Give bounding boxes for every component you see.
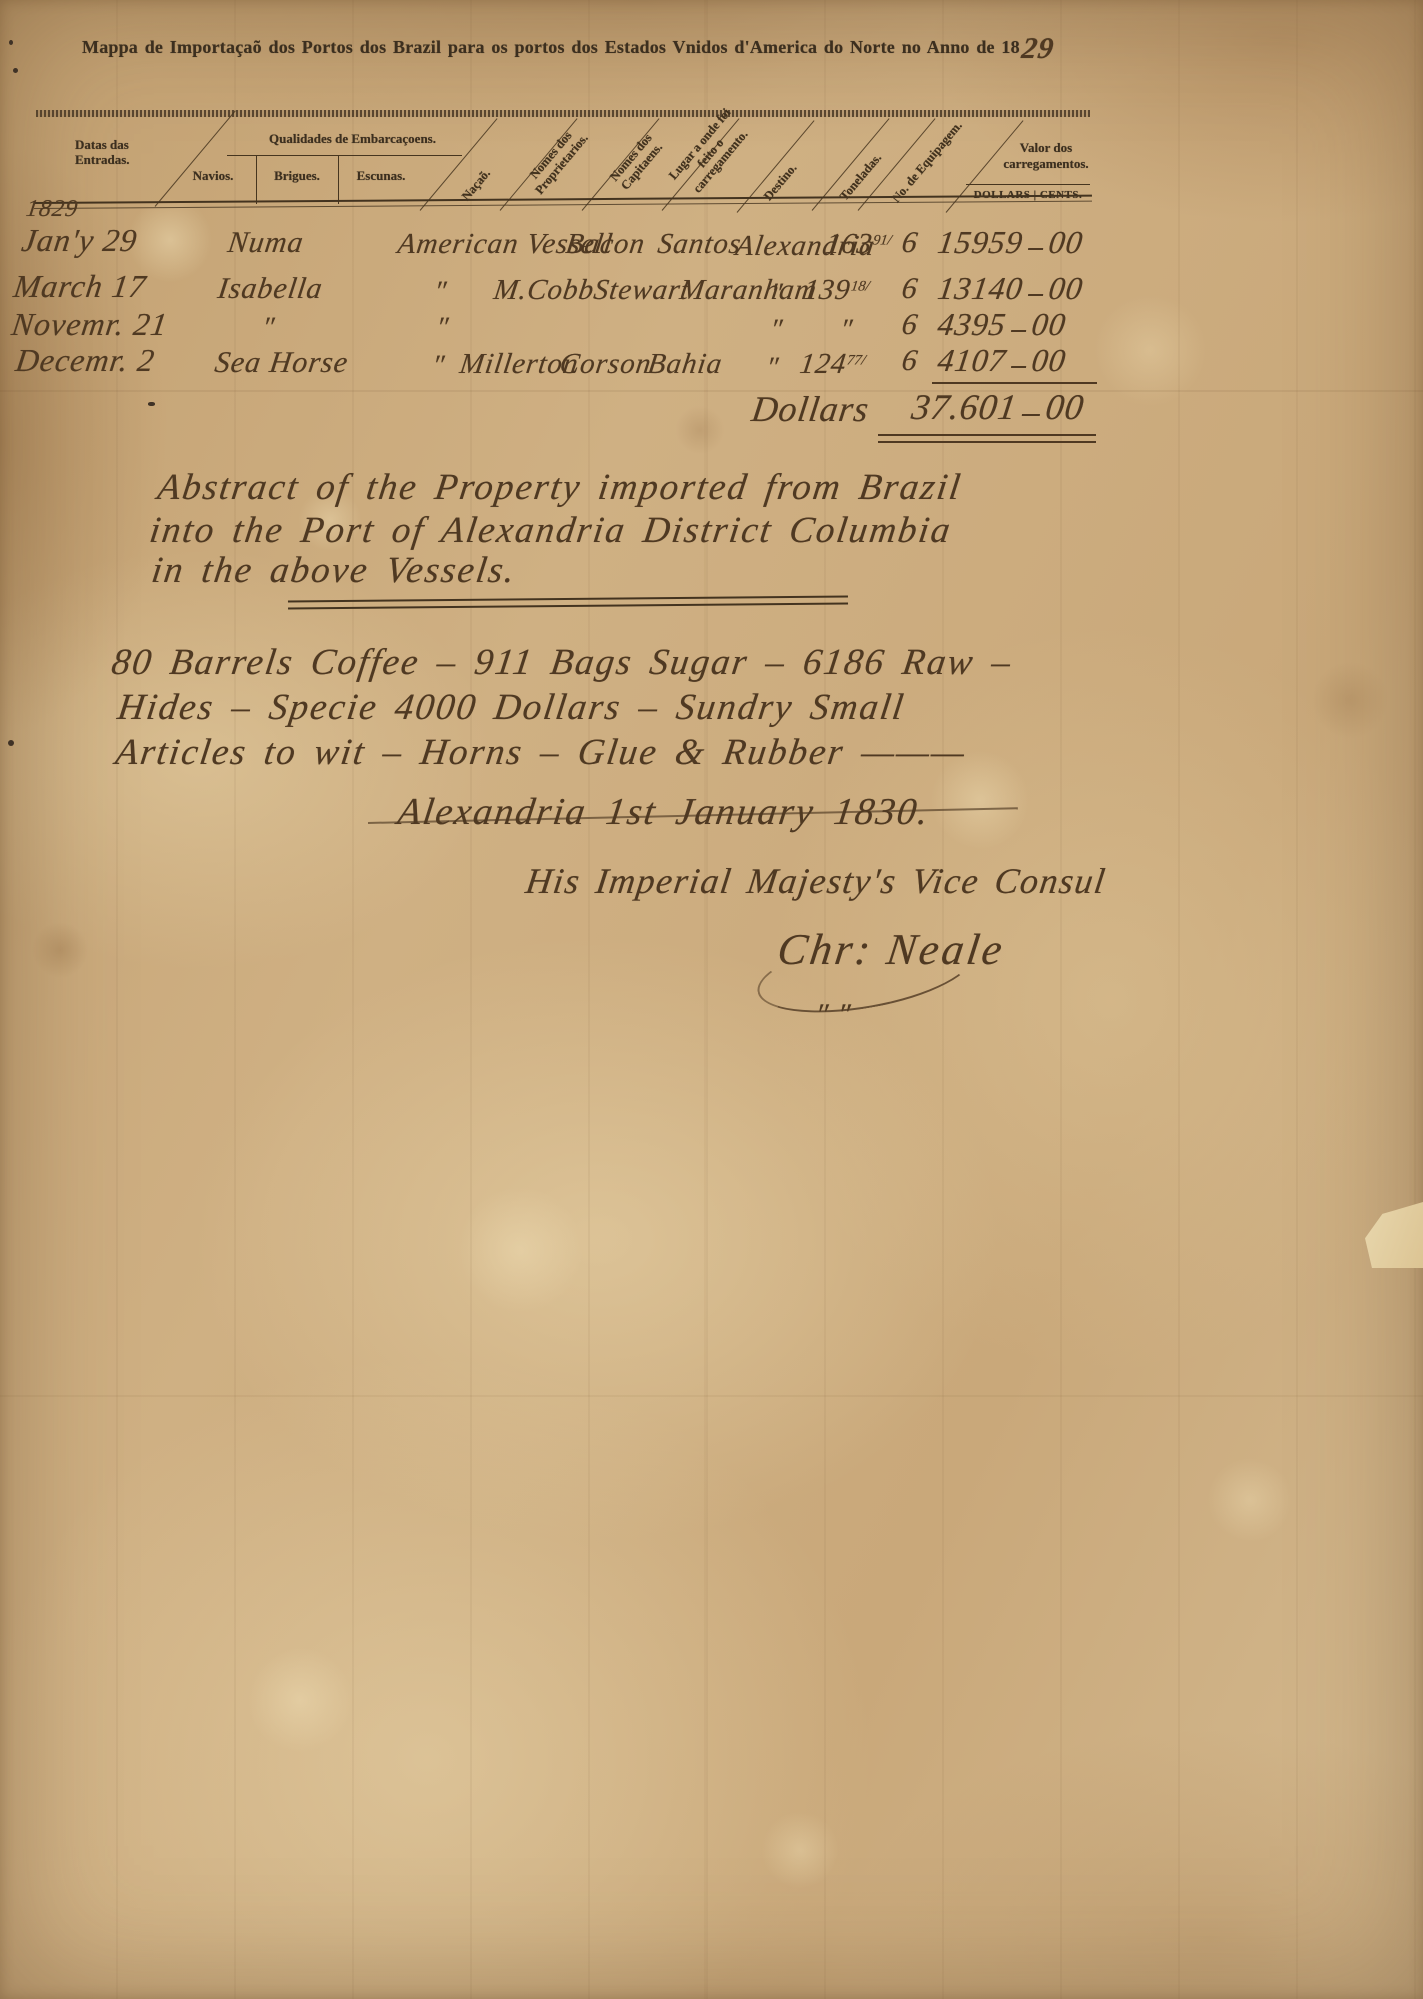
col-crew-label: No. de Equipagem.	[890, 119, 966, 205]
tons-fraction: 77/	[846, 352, 867, 368]
total-cents: 00	[1043, 387, 1087, 427]
value-dash	[1011, 362, 1027, 368]
value-cents: 00	[1047, 224, 1086, 260]
cell-crew: 6	[900, 226, 921, 260]
page-title: Mappa de Importaçaõ dos Portos dos Brazi…	[82, 27, 1052, 61]
year-note: 1829	[24, 196, 80, 223]
cell-date: March 17	[11, 268, 148, 305]
abstract-line: in the above Vessels.	[149, 549, 519, 592]
total-value: 37.60100	[909, 386, 1087, 428]
col-dates-label: Datas das Entradas.	[75, 137, 130, 167]
cell-nation: "	[432, 276, 449, 308]
cell-crew: 6	[900, 344, 921, 378]
ditto-marks: " "	[813, 998, 853, 1032]
col-value-line1: Valor dos	[992, 140, 1100, 156]
goods-line: 80 Barrels Coffee – 911 Bags Sugar – 618…	[109, 641, 1015, 684]
cell-place: Santos	[656, 228, 744, 261]
col-value-line2: carregamentos.	[992, 156, 1100, 172]
value-dollars: 4395	[936, 306, 1009, 342]
cell-destination: "	[768, 314, 785, 346]
tons-main: 139	[802, 274, 853, 306]
cell-value: 410700	[935, 342, 1068, 379]
total-double-underline	[878, 434, 1096, 443]
subcolumn-divider	[338, 156, 339, 204]
value-dollars: 15959	[936, 224, 1026, 260]
value-dash	[1028, 244, 1044, 250]
value-cents: 00	[1047, 270, 1086, 306]
document-page: { "title": { "printed": "Mappa de Import…	[0, 0, 1423, 1999]
section-divider	[288, 596, 848, 610]
value-dash	[1011, 326, 1027, 332]
cell-owner: M.Cobb	[492, 274, 597, 307]
value-dollars: 13140	[936, 270, 1026, 306]
qualities-underline	[227, 155, 462, 156]
ink-speck	[13, 68, 18, 73]
cell-vessel: Numa	[226, 226, 306, 260]
header-slash	[155, 110, 236, 206]
col-escunas-label: Escunas.	[340, 168, 422, 184]
ornament-rule	[36, 110, 1090, 117]
cell-crew: 6	[900, 308, 921, 342]
cell-value: 1314000	[935, 270, 1085, 307]
cell-value: 1595900	[935, 224, 1085, 261]
abstract-line: Abstract of the Property imported from B…	[155, 466, 965, 509]
cell-date: Decemr. 2	[13, 342, 157, 379]
title-year-handwritten: 29	[1019, 32, 1056, 66]
cell-crew: 6	[900, 272, 921, 306]
col-navios-label: Navios.	[172, 168, 254, 184]
total-dollars: 37.601	[909, 387, 1020, 427]
subcolumn-divider	[256, 156, 257, 204]
value-dollars: 4107	[936, 342, 1009, 378]
goods-line: Hides – Specie 4000 Dollars – Sundry Sma…	[115, 686, 908, 729]
col-dates-line1: Datas das	[75, 137, 130, 152]
cell-tons: 16391/	[824, 228, 894, 261]
cell-vessel: "	[260, 312, 277, 344]
cell-value: 439500	[935, 306, 1068, 343]
cell-vessel: Isabella	[216, 272, 325, 306]
currency-overline	[966, 184, 1090, 185]
header-rule	[34, 195, 1092, 209]
tons-fraction: 91/	[872, 232, 893, 248]
cell-date: Jan'y 29	[19, 222, 139, 259]
consul-line: His Imperial Majesty's Vice Consul	[523, 860, 1109, 902]
col-brigues-label: Brigues.	[258, 168, 336, 184]
cell-nation: "	[434, 312, 451, 344]
tons-main: 124	[798, 348, 849, 380]
value-dash	[1022, 410, 1041, 416]
col-loading-place-label: Lugar a onde foi feito o carregamento.	[663, 102, 758, 205]
horizontal-crease	[0, 390, 1423, 392]
col-value-label: Valor dos carregamentos.	[992, 140, 1100, 172]
horizontal-crease	[0, 1395, 1423, 1397]
cell-captain: Stewart	[592, 274, 692, 307]
ink-speck	[9, 40, 13, 45]
cell-date: Novemr. 21	[9, 306, 170, 343]
cell-tons: "	[838, 314, 855, 346]
col-captains-label: Nomes dos Capitaens.	[599, 121, 674, 203]
page-title-printed: Mappa de Importaçaõ dos Portos dos Brazi…	[82, 37, 1020, 57]
cell-tons: 12477/	[798, 348, 868, 381]
cell-nation: "	[430, 350, 447, 382]
tons-main: 163	[824, 228, 875, 260]
value-dash	[1028, 290, 1044, 296]
cell-tons: 13918/	[802, 274, 872, 307]
tons-fraction: 18/	[850, 278, 871, 294]
col-qualities-label: Qualidades de Embarcaçoens.	[240, 131, 465, 147]
value-cents: 00	[1030, 342, 1069, 378]
goods-line: Articles to wit – Horns – Glue & Rubber …	[113, 731, 969, 774]
total-label: Dollars	[749, 388, 872, 430]
cell-place: Maranham	[678, 274, 820, 307]
col-dates-line2: Entradas.	[75, 152, 130, 167]
cell-place: Bahia	[646, 348, 725, 381]
row-value-underline	[932, 382, 1097, 384]
abstract-line: into the Port of Alexandria District Col…	[147, 509, 955, 552]
value-cents: 00	[1030, 306, 1069, 342]
ink-speck	[8, 740, 14, 746]
cell-captain: Bacon	[564, 228, 648, 261]
ink-speck	[148, 402, 155, 406]
cell-captain: Corson	[558, 348, 654, 381]
cell-destination: "	[764, 352, 781, 384]
torn-patch	[1365, 1202, 1423, 1268]
col-owners-label: Nomes dos Proprietarios.	[517, 117, 596, 203]
cell-vessel: Sea Horse	[213, 346, 351, 380]
